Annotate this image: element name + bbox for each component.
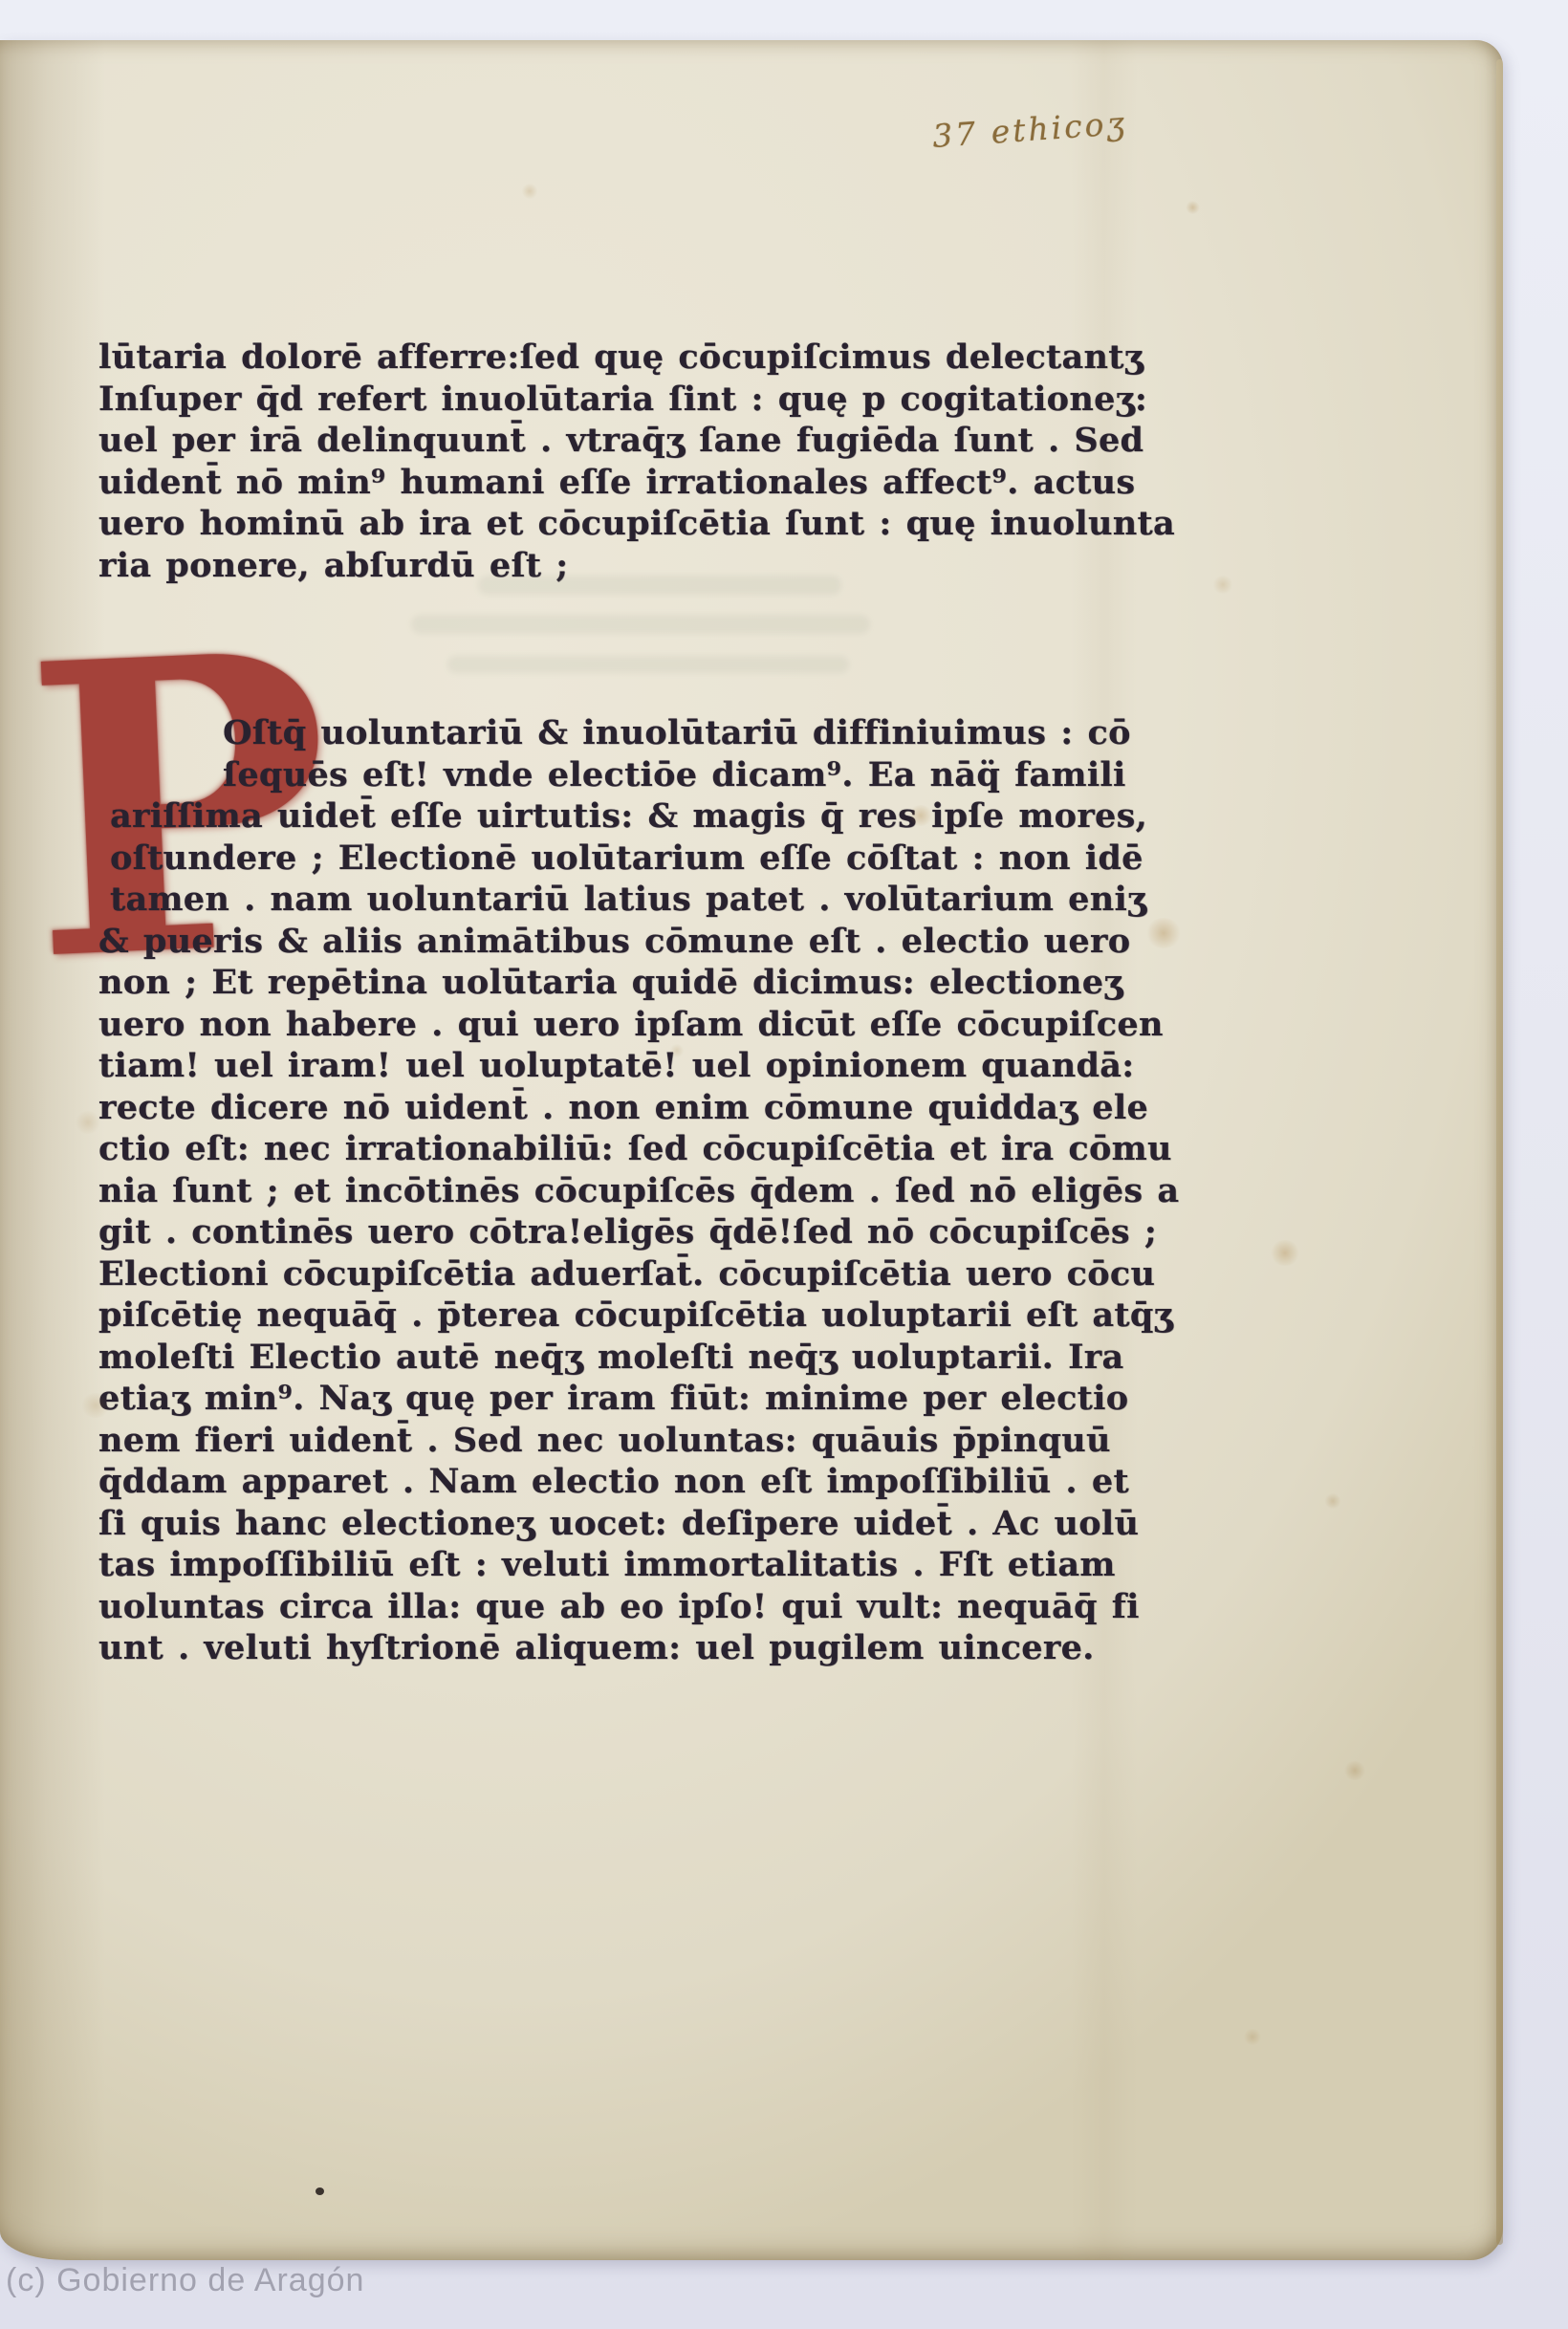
stain [1343, 1761, 1366, 1780]
stain [521, 184, 538, 199]
text-line: Electioni cōcupiſcētia aduerſat̄. cōcupi… [98, 1253, 1179, 1295]
text-line: ariſſima uidet̄ eſſe uirtutis: & magis q… [110, 795, 1179, 838]
text-line: tas impoſſibiliū eſt : veluti immortalit… [98, 1544, 1179, 1586]
book-page: 37 ethicoʒ lūtaria dolorē afferre:ſed qu… [0, 40, 1503, 2260]
text-line: git . continēs uero cōtra!eligēs q̄dē!ſe… [98, 1211, 1179, 1253]
ink-showthrough [447, 656, 849, 673]
paragraph-1: lūtaria dolorē afferre:ſed quę cōcupiſci… [98, 337, 1175, 586]
text-line: ſi quis hanc electioneʒ uocet: deſipere … [98, 1503, 1179, 1545]
text-line: recte dicere nō uident̄ . non enim cōmun… [98, 1087, 1179, 1129]
paragraph-2: Oſtq̄ uoluntariū & inuolūtariū diffiniui… [98, 712, 1179, 1669]
text-line: nia ſunt ; et incōtinēs cōcupiſcēs q̄dem… [98, 1170, 1179, 1212]
stain [1186, 201, 1200, 214]
stain [75, 1111, 101, 1134]
text-line: oſtundere ; Electionē uolūtarium eſſe cō… [110, 838, 1179, 880]
text-line: etiaʒ min⁹. Naʒ quę per iram fiūt: minim… [98, 1378, 1179, 1420]
text-line: tamen . nam uoluntariū latius patet . vo… [110, 879, 1179, 921]
text-line: unt . veluti hyſtrionē aliquem: uel pugi… [98, 1627, 1179, 1669]
stain [1212, 576, 1233, 594]
text-line: uero non habere . qui uero ipſam dicūt e… [98, 1004, 1179, 1046]
text-line: uel per irā delinquunt̄ . vtraq̄ʒ ſane f… [98, 420, 1175, 462]
handwritten-annotation: 37 ethicoʒ [931, 100, 1182, 155]
ink-dot [316, 2188, 324, 2195]
text-line: ctio eſt: nec irrationabiliū: ſed cōcupi… [98, 1128, 1179, 1170]
text-line: nem fieri uident̄ . Sed nec uoluntas: qu… [98, 1420, 1179, 1462]
ink-showthrough [411, 615, 870, 634]
text-line: uoluntas circa illa: que ab eo ipſo! qui… [98, 1586, 1179, 1628]
binding-gutter-shadow [0, 40, 105, 2260]
text-line: q̄ddam apparet . Nam electio non eſt imp… [98, 1461, 1179, 1503]
copyright-watermark: (c) Gobierno de Aragón [6, 2262, 364, 2299]
text-line: Oſtq̄ uoluntariū & inuolūtariū diffiniui… [223, 712, 1179, 754]
text-line: Inſuper q̄d refert inuolūtaria ſint : qu… [98, 379, 1175, 421]
text-line: piſcētię nequāq̄ . p̄terea cōcupiſcētia … [98, 1295, 1179, 1337]
text-line: uident̄ nō min⁹ humani eſſe irrationales… [98, 462, 1175, 504]
text-line: moleſti Electio autē neq̄ʒ moleſti neq̄ʒ… [98, 1337, 1179, 1379]
stain [1270, 1240, 1300, 1266]
text-line: tiam! uel iram! uel uoluptatē! uel opini… [98, 1045, 1179, 1087]
stain [1243, 2029, 1262, 2045]
page-edge [1496, 59, 1503, 2245]
stain [1324, 1493, 1341, 1509]
text-line: lūtaria dolorē afferre:ſed quę cōcupiſci… [98, 337, 1175, 379]
text-line: ſequēs eſt! vnde electiōe dicam⁹. Ea nāq… [223, 754, 1179, 796]
text-line: & pueris & aliis animātibus cōmune eſt .… [98, 921, 1179, 963]
scan-background: 37 ethicoʒ lūtaria dolorē afferre:ſed qu… [0, 0, 1568, 2329]
text-line: non ; Et repētina uolūtaria quidē dicimu… [98, 962, 1179, 1004]
text-line: uero hominū ab ira et cōcupiſcētia ſunt … [98, 503, 1175, 545]
